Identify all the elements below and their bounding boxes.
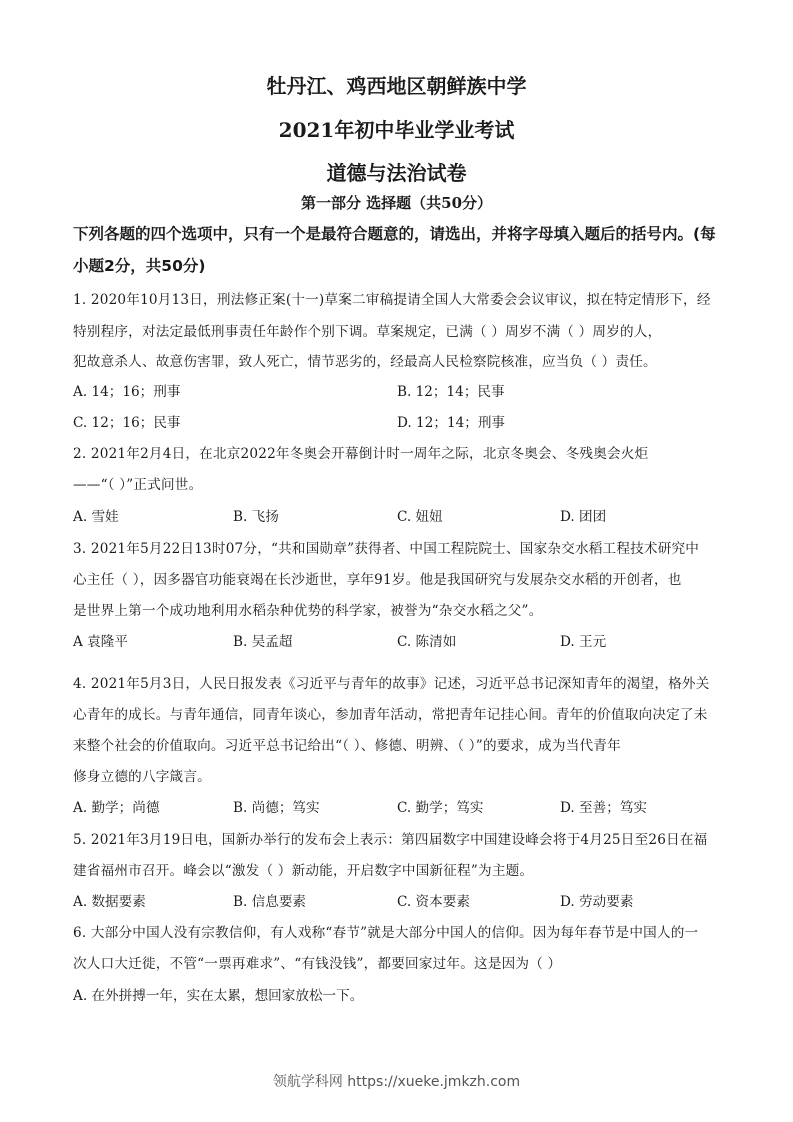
question-text: 是世界上第一个成功地利用水稻杂种优势的科学家，被誉为“杂交水稻之父”。 xyxy=(73,599,543,619)
question-text: 特别程序，对法定最低刑事责任年龄作个别下调。草案规定，已满（ ）周岁不满（ ）周… xyxy=(73,320,661,340)
option-d: D. 团团 xyxy=(560,505,606,525)
question-text: 次人口大迁徙，不管“一票再难求”、“有钱没钱”，都要回家过年。这是因为（ ） xyxy=(73,952,561,972)
option-a: A. 雪娃 xyxy=(73,505,119,525)
option-c: C. 陈清如 xyxy=(397,630,456,650)
option-d: D. 至善；笃实 xyxy=(560,796,647,816)
question-text: 来整个社会的价值取向。习近平总书记给出“（ ）、修德、明辨、（ ）”的要求，成为… xyxy=(73,734,621,754)
option-b: B. 吴孟超 xyxy=(233,630,292,650)
option-b: B. 飞扬 xyxy=(233,505,279,525)
option-d: D. 12；14；刑事 xyxy=(397,411,505,431)
option-a: A. 勤学；尚德 xyxy=(73,796,159,816)
question-text: 心青年的成长。与青年通信，同青年谈心，参加青年活动，常把青年记挂心间。青年的价值… xyxy=(73,703,708,723)
question-text: 6. 大部分中国人没有宗教信仰，有人戏称“春节”就是大部分中国人的信仰。因为每年… xyxy=(73,921,698,941)
question-text: 5. 2021年3月19日电，国新办举行的发布会上表示：第四届数字中国建设峰会将… xyxy=(73,828,707,848)
option-c: C. 勤学；笃实 xyxy=(397,796,484,816)
question-text: 心主任（ ），因多器官功能衰竭在长沙逝世，享年91岁。他是我国研究与发展杂交水稻… xyxy=(73,568,682,588)
question-text: 建省福州市召开。峰会以“激发（ ）新动能，开启数字中国新征程”为主题。 xyxy=(73,859,533,879)
option-d: D. 劳动要素 xyxy=(560,890,633,910)
footer-watermark: 领航学科网 https://xueke.jmkzh.com xyxy=(0,1071,793,1091)
question-text: 3. 2021年5月22日13时07分，“共和国勋章”获得者、中国工程院院士、国… xyxy=(73,537,699,557)
option-c: C. 妞妞 xyxy=(397,505,443,525)
option-c: C. 12；16；民事 xyxy=(73,411,181,431)
question-text: 4. 2021年5月3日，人民日报发表《习近平与青年的故事》记述，习近平总书记深… xyxy=(73,672,710,692)
instructions-line-2: 小题2分，共50分) xyxy=(73,254,205,276)
option-b: B. 12；14；民事 xyxy=(397,380,505,400)
school-title: 牡丹江、鸡西地区朝鲜族中学 xyxy=(0,70,793,99)
option-d: D. 王元 xyxy=(560,630,606,650)
question-text: 修身立德的八字箴言。 xyxy=(73,765,211,785)
option-c: C. 资本要素 xyxy=(397,890,470,910)
option-a: A. 在外拼搏一年，实在太累，想回家放松一下。 xyxy=(73,984,363,1004)
option-a: A. 数据要素 xyxy=(73,890,146,910)
exam-title: 2021年初中毕业学业考试 xyxy=(0,114,793,143)
question-text: 1. 2020年10月13日，刑法修正案(十一)草案二审稿提请全国人大常委会会议… xyxy=(73,288,711,308)
subject-title: 道德与法治试卷 xyxy=(0,157,793,186)
option-a: A 袁隆平 xyxy=(73,630,128,650)
option-a: A. 14；16；刑事 xyxy=(73,380,180,400)
section-heading: 第一部分 选择题（共50分） xyxy=(0,192,793,213)
option-b: B. 尚德；笃实 xyxy=(233,796,320,816)
option-b: B. 信息要素 xyxy=(233,890,306,910)
question-text: 犯故意杀人、故意伤害罪，致人死亡，情节恶劣的，经最高人民检察院核准，应当负（ ）… xyxy=(73,350,657,370)
question-text: ——“（ ）”正式问世。 xyxy=(73,473,202,493)
instructions-line-1: 下列各题的四个选项中，只有一个是最符合题意的，请选出，并将字母填入题后的括号内。… xyxy=(73,222,716,244)
question-text: 2. 2021年2月4日，在北京2022年冬奥会开幕倒计时一周年之际，北京冬奥会… xyxy=(73,442,648,462)
